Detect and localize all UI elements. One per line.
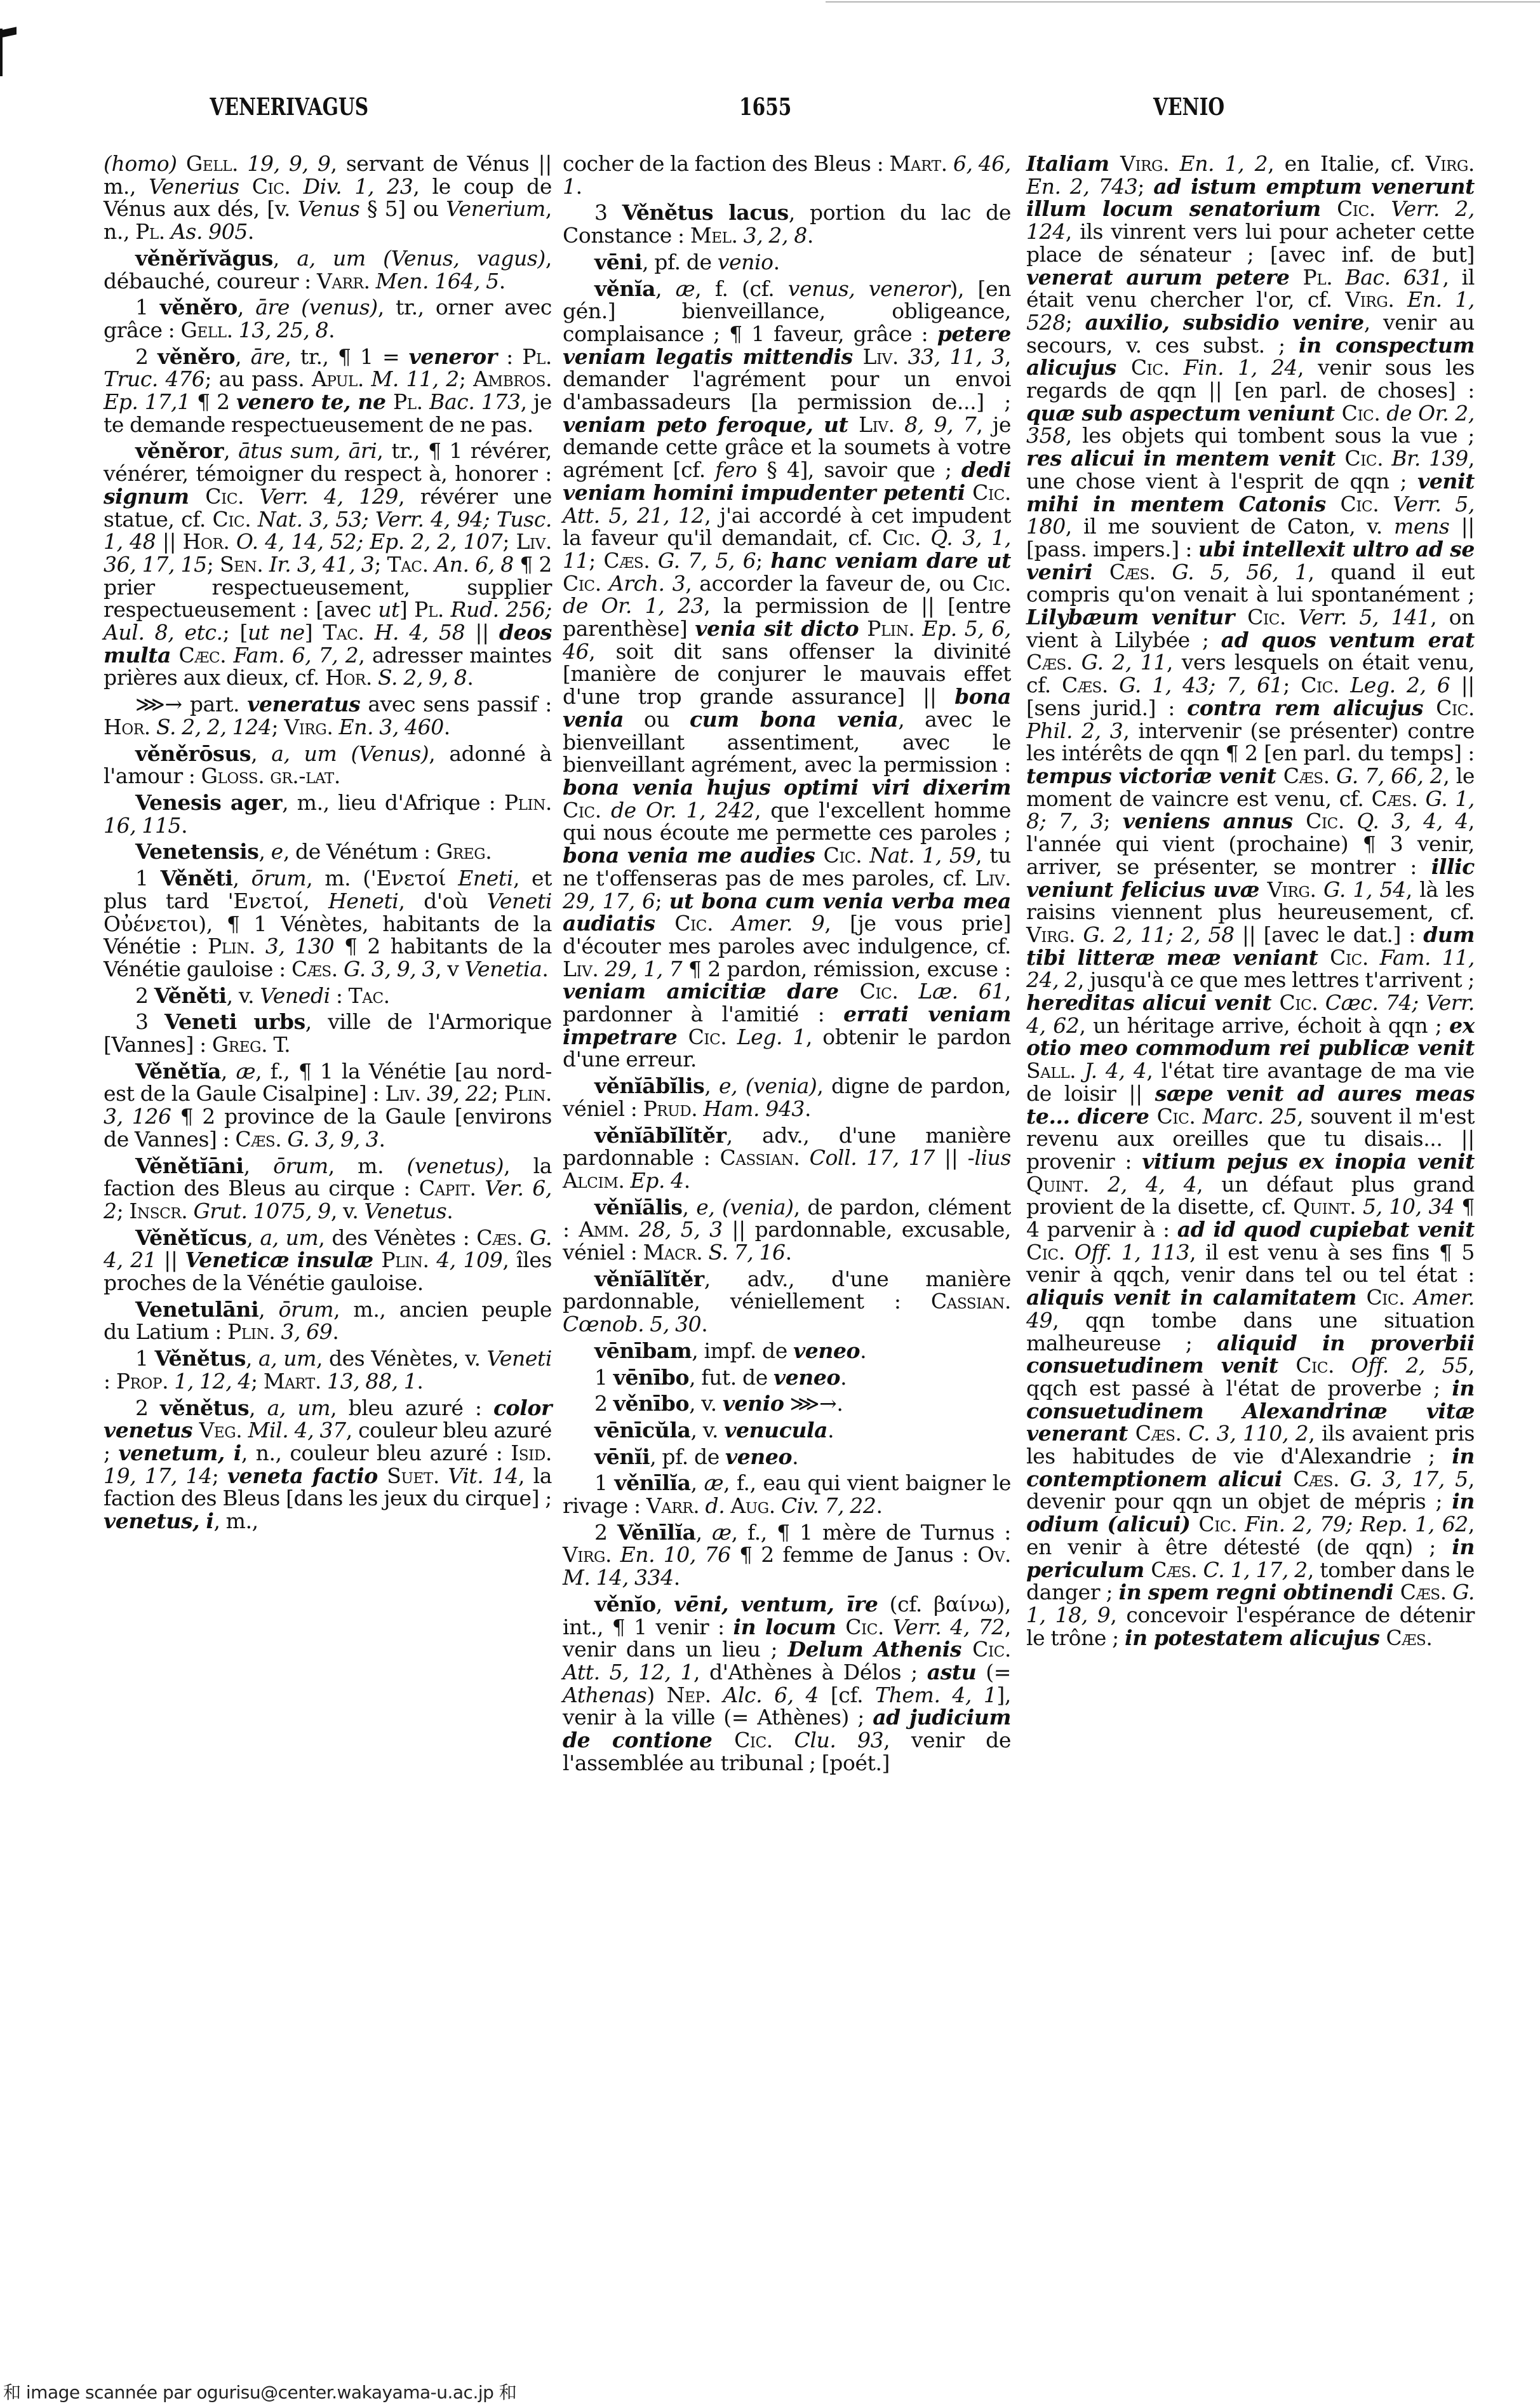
author-abbrev: Cic. (1247, 605, 1298, 629)
author-abbrev: Cic. (1296, 1353, 1351, 1378)
entry-text: , (273, 246, 297, 271)
entry-text: cocher de la faction des Bleus : (563, 151, 890, 176)
entry-text: 29, 17, 6 (563, 889, 655, 913)
dictionary-entry: 2 Věnīlĭa, æ, f., ¶ 1 mère de Turnus : V… (563, 1521, 1011, 1589)
entry-text: mens (1394, 514, 1449, 539)
author-abbrev: Cic. (213, 507, 258, 532)
author-abbrev: Pl. (135, 219, 171, 244)
entry-text: Heneti (328, 889, 399, 913)
headword: věněror (135, 438, 224, 463)
entry-text: . (876, 1493, 882, 1518)
author-abbrev: Cic. (674, 911, 732, 936)
entry-text: En. 3, 460 (339, 715, 444, 739)
entry-text: M. 14, 334 (563, 1565, 674, 1590)
dictionary-entry: ⋙→ part. veneratus avec sens passif : Ho… (104, 693, 552, 738)
entry-text: Bac. 173 (429, 389, 520, 414)
entry-text: G. 3, 9, 3 (287, 1127, 378, 1152)
entry-text: Br. 139 (1391, 446, 1468, 471)
entry-text: fero (715, 457, 757, 482)
entry-text: Fam. 6, 7, 2 (234, 643, 359, 668)
author-abbrev: Plin. (504, 1081, 552, 1106)
dictionary-entry: vēni, pf. de venio. (563, 251, 1011, 274)
entry-text: , v (435, 957, 465, 981)
dictionary-entry: věnĭālĭtěr, adv., d'une manière pardonna… (563, 1268, 1011, 1336)
headword: věnĭālĭtěr (594, 1267, 704, 1291)
entry-text: || (156, 529, 182, 554)
entry-text: ; (251, 1369, 264, 1394)
headword: vēnībam (594, 1338, 692, 1363)
author-abbrev: Cic. (563, 571, 609, 596)
headword: věněro (157, 344, 235, 369)
entry-text: Fin. 1, 24 (1184, 355, 1297, 380)
entry-text: ; (207, 552, 220, 577)
author-abbrev: Pl. (522, 344, 552, 369)
entry-text: 3 (594, 200, 622, 225)
entry-text: signum (104, 484, 205, 509)
entry-text: ⋙→ part. (135, 692, 247, 716)
dictionary-entry: 1 věněro, āre (venus), tr., orner avec g… (104, 296, 552, 341)
author-abbrev: Cic. (972, 571, 1011, 596)
author-abbrev: Tac. (349, 983, 390, 1008)
entry-text: § 4], savoir que ; (757, 457, 961, 482)
entry-text: veniam amicitiæ dare (563, 979, 860, 1004)
author-abbrev: Cassian. (931, 1289, 1011, 1314)
headword: Věněti (161, 866, 233, 890)
headword: věnībo (613, 1391, 689, 1416)
entry-text: H. 4, 58 (375, 620, 465, 645)
entry-text: En. 10, 76 (620, 1542, 731, 1567)
entry-text: ōrum (273, 1153, 328, 1178)
entry-text: ; (272, 715, 285, 739)
running-head: VENERIVAGUS 1655 VENIO (0, 93, 1232, 124)
entry-text: in spem regni obtinendi (1119, 1580, 1400, 1604)
entry-text: a, um (Venus) (271, 741, 429, 766)
author-abbrev: Tac. (323, 620, 374, 645)
headword: věnĭābĭlĭtěr (594, 1123, 726, 1148)
entry-text: ut (378, 597, 399, 622)
entry-text: , (691, 1470, 704, 1495)
entry-text: Lilybæum venitur (1026, 605, 1247, 629)
entry-text: ; (1283, 673, 1301, 697)
entry-text: ōrum (251, 866, 307, 890)
entry-text: , v. (691, 1418, 725, 1442)
page-number: 1655 (739, 93, 791, 121)
entry-text: . (773, 250, 780, 274)
author-abbrev: Quint. (1026, 1172, 1108, 1197)
author-abbrev: Ambros. (473, 366, 552, 391)
entry-text: , (683, 1195, 697, 1220)
entry-text: venucula (724, 1418, 827, 1442)
entry-text: astu (927, 1660, 977, 1684)
author-abbrev: Cæs. (1151, 1557, 1203, 1582)
author-abbrev: Cic. (563, 798, 611, 823)
author-abbrev: Cæs. (291, 957, 344, 981)
author-abbrev: Mart. (264, 1369, 327, 1394)
entry-text: S. 2, 2, 124 (156, 715, 272, 739)
entry-text: G. 3, 9, 3 (344, 957, 435, 981)
entry-text: ] (399, 597, 414, 622)
dictionary-entry: Italiam Virg. En. 1, 2, en Italie, cf. V… (1026, 152, 1475, 1649)
entry-text: Verr. 5, 141 (1298, 605, 1430, 629)
entry-text: 2, 4, 4 (1108, 1172, 1196, 1197)
entry-text: 2 (135, 983, 154, 1008)
headword: Věnīlĭa (617, 1520, 696, 1545)
entry-text: Ir. 3, 41, 3 (269, 552, 375, 577)
entry-text: , (235, 344, 250, 369)
entry-text: Div. 1, 23 (304, 174, 413, 199)
entry-text: 3 (135, 1009, 164, 1034)
entry-text: e, (venia) (696, 1195, 793, 1220)
entry-text: G. 2, 11; 2, 58 (1083, 922, 1234, 947)
entry-text: veniam peto feroque, ut (563, 412, 859, 437)
entry-text: , tr., ¶ 1 = (285, 344, 408, 369)
entry-text: Venus (298, 196, 367, 221)
entry-text: Leg. 1 (737, 1025, 806, 1049)
entry-text: Civ. 7, 22 (781, 1493, 876, 1518)
entry-text: contra rem alicujus (1187, 696, 1436, 720)
entry-text: 16, 115 (104, 813, 181, 838)
entry-text: Ham. 943 (704, 1096, 805, 1121)
entry-text: 5, 10, 34 (1363, 1194, 1455, 1219)
entry-text: tempus victoriæ venit (1026, 763, 1283, 788)
entry-text: . (328, 318, 335, 342)
entry-text: Venedi (260, 983, 330, 1008)
entry-text: An. 6, 8 (434, 552, 514, 577)
author-abbrev: Mart. (890, 151, 953, 176)
entry-text: , (696, 1520, 712, 1545)
author-abbrev: Aug. (730, 1493, 781, 1518)
entry-text: , f., ¶ 1 mère de Turnus : (732, 1520, 1011, 1545)
entry-text: || [avec le dat.] : (1235, 922, 1424, 947)
entry-text: de Or. 1, 242 (611, 798, 754, 823)
entry-text: ; (655, 889, 669, 913)
entry-text: Veneti (486, 889, 552, 913)
entry-text: cum bona venia (690, 707, 898, 732)
author-abbrev: Cæs. (1062, 673, 1119, 697)
entry-text: æ (236, 1059, 255, 1084)
dictionary-entry: Venesis ager, m., lieu d'Afrique : Plin.… (104, 791, 552, 837)
entry-text: , m. ('Ενετοί (306, 866, 458, 890)
dictionary-entry: 2 věněro, āre, tr., ¶ 1 = veneror : Pl. … (104, 346, 552, 436)
entry-text: Coll. 17, 17 (810, 1145, 935, 1170)
entry-text: En. 2, 743 (1026, 174, 1137, 199)
author-abbrev: Liv. (975, 866, 1012, 890)
author-abbrev: Cic. (1306, 809, 1356, 833)
entry-text: æ (712, 1520, 732, 1545)
column-left: (homo) Gell. 19, 9, 9, servant de Vénus … (104, 152, 552, 1536)
author-abbrev: Liv. (862, 344, 907, 369)
entry-text: , (246, 1225, 260, 1250)
entry-text: ou (624, 707, 690, 732)
entry-text: e, (venia) (719, 1073, 817, 1098)
author-abbrev: Veg. (199, 1418, 248, 1442)
author-abbrev: Cæs. (235, 1127, 287, 1152)
dictionary-entry: Věnětĭcus, a, um, des Vénètes : Cæs. G. … (104, 1227, 552, 1294)
entry-text: Verr. 4, 72 (893, 1615, 1005, 1639)
entry-text: . (576, 174, 582, 199)
entry-text: , (249, 1395, 267, 1420)
entry-text: : (330, 983, 349, 1008)
entry-text: veniens annus (1123, 809, 1306, 833)
headword: vēnībo (613, 1365, 689, 1390)
entry-text: -lius (968, 1145, 1011, 1170)
dictionary-entry: 1 věnīlĭa, æ, f., eau qui vient baigner … (563, 1472, 1011, 1517)
entry-text: , (656, 1592, 674, 1616)
author-abbrev: Cic. (1280, 990, 1325, 1015)
author-abbrev: Gloss. gr.-lat. (201, 763, 340, 788)
entry-text: En. 1, 2 (1180, 151, 1268, 176)
entry-text: C. 3, 110, 2 (1188, 1421, 1308, 1446)
entry-text: . (542, 957, 548, 981)
dictionary-entry: věnĭālis, e, (venia), de pardon, clément… (563, 1196, 1011, 1264)
running-head-first-word: VENERIVAGUS (210, 93, 368, 121)
entry-text: , v. (331, 1199, 365, 1223)
entry-text: , (246, 1346, 258, 1371)
entry-text: Bac. 631 (1345, 265, 1442, 290)
entry-text: (= (976, 1660, 1011, 1684)
author-abbrev: Virg. (1426, 151, 1475, 176)
entry-text: veneror (409, 344, 497, 369)
entry-text: , (238, 295, 255, 319)
author-abbrev: Greg. (436, 839, 492, 864)
entry-text: ; (1104, 809, 1123, 833)
headword: Venetulāni (135, 1297, 258, 1322)
entry-text: ; (1137, 174, 1153, 199)
entry-text: G. 3, 17, 5 (1349, 1467, 1468, 1491)
entry-text: G. 1, 43; 7, 61 (1119, 673, 1283, 697)
dictionary-entry: 1 vēnībo, fut. de veneo. (563, 1366, 1011, 1389)
entry-text: O. 4, 14, 52; Ep. 2, 2, 107 (236, 529, 502, 554)
entry-text: . (840, 1365, 847, 1390)
dictionary-entry: vēnībam, impf. de veneo. (563, 1340, 1011, 1362)
entry-text: 2 (135, 344, 157, 369)
entry-text: Ep. 17,1 (104, 389, 191, 414)
author-abbrev: Cæs. (1283, 763, 1336, 788)
entry-text: vitium pejus ex inopia venit (1142, 1149, 1475, 1174)
entry-text: , un héritage arrive, échoit à qqn ; (1079, 1013, 1449, 1038)
entry-text: G. 2, 11 (1081, 650, 1167, 675)
entry-text: ; (374, 552, 387, 577)
entry-text: , impf. de (692, 1338, 793, 1363)
entry-text: ; [ (223, 620, 248, 645)
entry-text: : (104, 1369, 116, 1394)
author-abbrev: Pl. (414, 597, 451, 622)
dictionary-entry: vēnĭi, pf. de veneo. (563, 1446, 1011, 1468)
headword: vēnīcŭla (594, 1418, 691, 1442)
entry-text: (venetus) (407, 1153, 504, 1178)
entry-text: , (221, 1059, 236, 1084)
entry-text: 1, 12, 4 (174, 1369, 251, 1394)
author-abbrev: Cic. (823, 843, 869, 868)
author-abbrev: Virg. (1026, 922, 1083, 947)
entry-text: ad id quod cupiebat venit (1177, 1217, 1475, 1242)
author-abbrev: Cæc. (178, 643, 233, 668)
entry-text: 29, 1, 7 (605, 957, 682, 981)
author-abbrev: Hor. (104, 715, 156, 739)
entry-text: āre (venus) (255, 295, 378, 319)
entry-text: ; (589, 548, 603, 573)
author-abbrev: Cic. (1026, 1240, 1075, 1265)
headword: věnīlĭa (614, 1470, 690, 1495)
entry-text: venio (718, 250, 773, 274)
author-abbrev: Inscr. (129, 1199, 193, 1223)
entry-text: ; (212, 1463, 227, 1488)
entry-text: , n., couleur bleu azuré : (241, 1441, 511, 1465)
entry-text: . (446, 1199, 453, 1223)
entry-text: Italiam (1026, 151, 1120, 176)
entry-text: venetum, i (118, 1441, 241, 1465)
author-abbrev: Cæs. (1135, 1421, 1189, 1446)
column-right: Italiam Virg. En. 1, 2, en Italie, cf. V… (1026, 152, 1475, 1653)
entry-text: , jusqu'à ce que mes lettres t'arrivent … (1078, 967, 1475, 992)
dictionary-entry: Venetulāni, ōrum, m., ancien peuple du L… (104, 1298, 552, 1343)
entry-text: , ils vinrent vers lui pour acheter cett… (1026, 219, 1475, 267)
entry-text: venetus, i (104, 1509, 214, 1533)
entry-text: Phil. 2, 3 (1026, 718, 1123, 743)
headword: Věněti (154, 983, 227, 1008)
entry-text: § 5] ou (367, 196, 446, 221)
dictionary-entry: 2 věnětus, a, um, bleu azuré : color ven… (104, 1397, 552, 1533)
entry-text: ātus sum, āri (238, 438, 377, 463)
entry-text: res alicui in mentem venit (1026, 446, 1344, 471)
entry-text: 1 (594, 1365, 613, 1390)
entry-text: , fut. de (689, 1365, 773, 1390)
entry-text: 3, 2, 8 (744, 223, 807, 248)
entry-text: 13, 25, 8 (239, 318, 328, 342)
entry-text: Veneti (486, 1346, 552, 1371)
entry-text: . (701, 1312, 707, 1336)
entry-text: Cœnob. 5, 30 (563, 1312, 701, 1336)
author-abbrev: Cæs. (1109, 560, 1172, 584)
entry-text: Q. 3, 4, 4 (1356, 809, 1468, 833)
entry-text: ; (117, 1199, 130, 1223)
entry-text: 2 (594, 1520, 617, 1545)
author-abbrev: Cic. (882, 525, 930, 550)
author-abbrev: Virg. (1267, 877, 1323, 902)
entry-text: Venerium (446, 196, 546, 221)
entry-text: Men. 164, 5 (376, 269, 499, 293)
author-abbrev: Liv. (516, 529, 552, 554)
entry-text: As. 905 (171, 219, 248, 244)
author-abbrev: Prop. (116, 1369, 174, 1394)
author-abbrev: Virg. (1120, 151, 1179, 176)
author-abbrev: Cic. (845, 1615, 893, 1639)
entry-text: , des Vénètes, v. (316, 1346, 486, 1371)
entry-text: Delum Athenis (787, 1637, 972, 1662)
entry-text: C. 1, 17, 2 (1203, 1557, 1308, 1582)
entry-text: veneratus (247, 692, 360, 716)
entry-text: 2 (135, 1395, 160, 1420)
headword: věnĭābĭlis (594, 1073, 704, 1098)
author-abbrev: Sen. (220, 552, 269, 577)
author-abbrev: Alcim. (563, 1168, 631, 1193)
author-abbrev: Macr. (643, 1240, 709, 1265)
entry-text: Venetia (465, 957, 542, 981)
dictionary-entry: věnĭo, vēni, ventum, īre (cf. βαίνω), in… (563, 1593, 1011, 1775)
entry-text: Læ. 61 (918, 979, 1004, 1004)
author-abbrev: Hor. (183, 529, 236, 554)
author-abbrev: Virg. (563, 1542, 620, 1567)
author-abbrev: Cic. (1344, 446, 1391, 471)
entry-text: 3, 130 (265, 934, 334, 958)
entry-text: , (244, 1153, 273, 1178)
entry-text: , (258, 1297, 278, 1322)
entry-text: ; (756, 548, 770, 573)
author-abbrev: Varr. (646, 1493, 706, 1518)
entry-text: 2 (594, 1391, 613, 1416)
author-abbrev: Cæs. (1386, 1625, 1433, 1650)
entry-text: . (444, 715, 450, 739)
entry-text: Clu. 93 (794, 1728, 883, 1752)
entry-text: veneo (793, 1338, 860, 1363)
entry-text: S. 7, 16 (708, 1240, 785, 1265)
author-abbrev: Quint. (1293, 1194, 1363, 1219)
entry-text: J. 4, 4 (1084, 1058, 1146, 1083)
entry-text: , de Vénétum : (283, 839, 436, 864)
dictionary-entry: věněror, ātus sum, āri, tr., ¶ 1 révérer… (104, 440, 552, 689)
entry-text: . (786, 1240, 792, 1265)
author-abbrev: Capit. (419, 1176, 485, 1200)
entry-text: veneo (725, 1444, 792, 1469)
author-abbrev: Liv. (385, 1081, 427, 1106)
headword: Věnětĭa (135, 1059, 221, 1084)
author-abbrev: Plin. (381, 1247, 436, 1272)
entry-text: Veneticæ insulæ (185, 1247, 381, 1272)
entry-text: Grut. 1075, 9 (193, 1199, 330, 1223)
headword: věněrōsus (135, 741, 251, 766)
entry-text: (homo) (104, 151, 186, 176)
author-abbrev: Gell. (180, 318, 238, 342)
entry-text: . (181, 813, 187, 838)
entry-text: ; (459, 366, 473, 391)
entry-text: a, um (Venus, vagus) (297, 246, 546, 271)
dictionary-entry: 3 Veneti urbs, ville de l'Armorique [Van… (104, 1011, 552, 1056)
entry-text: . (379, 1127, 385, 1152)
entry-text: avec sens passif : (360, 692, 552, 716)
entry-text: 3, 126 (104, 1104, 171, 1129)
entry-text: 33, 11, 3 (908, 344, 1005, 369)
author-abbrev: Cic. (1342, 401, 1387, 426)
entry-text: , des Vénètes : (318, 1225, 476, 1250)
dictionary-entry: věněrĭvăgus, a, um (Venus, vagus), débau… (104, 247, 552, 292)
entry-text: venio (723, 1391, 784, 1416)
dictionary-entry: Venetensis, e, de Vénétum : Greg. (104, 840, 552, 863)
entry-text: Them. 4, 1 (875, 1683, 996, 1707)
entry-text: Arch. 3 (609, 571, 685, 596)
entry-text: G. 5, 56, 1 (1172, 560, 1308, 584)
entry-text: d. (705, 1493, 730, 1518)
author-abbrev: Greg. T. (212, 1032, 290, 1057)
entry-text: . (805, 1096, 811, 1121)
scan-edge-line (826, 1, 1540, 3)
entry-text: 13, 88, 1 (327, 1369, 417, 1394)
entry-text: 1 (135, 866, 161, 890)
author-abbrev: Plin. (208, 934, 265, 958)
entry-text: , m., lieu d'Afrique : (282, 790, 504, 815)
entry-text: Truc. 476 (104, 366, 204, 391)
entry-text: Vit. 14 (448, 1463, 518, 1488)
entry-text: Venerius (149, 174, 252, 199)
entry-text: . (674, 1565, 680, 1590)
entry-text: Athenas (563, 1683, 646, 1707)
entry-text: G. 7, 5, 6 (658, 548, 756, 573)
dictionary-entry: 1 Věnětus, a, um, des Vénètes, v. Veneti… (104, 1347, 552, 1392)
entry-text: , m., (214, 1509, 258, 1533)
entry-text: Venetus (365, 1199, 447, 1223)
entry-text: a, um (258, 1346, 316, 1371)
author-abbrev: Apul. (312, 366, 372, 391)
entry-text: S. 2, 9, 8 (378, 665, 467, 690)
